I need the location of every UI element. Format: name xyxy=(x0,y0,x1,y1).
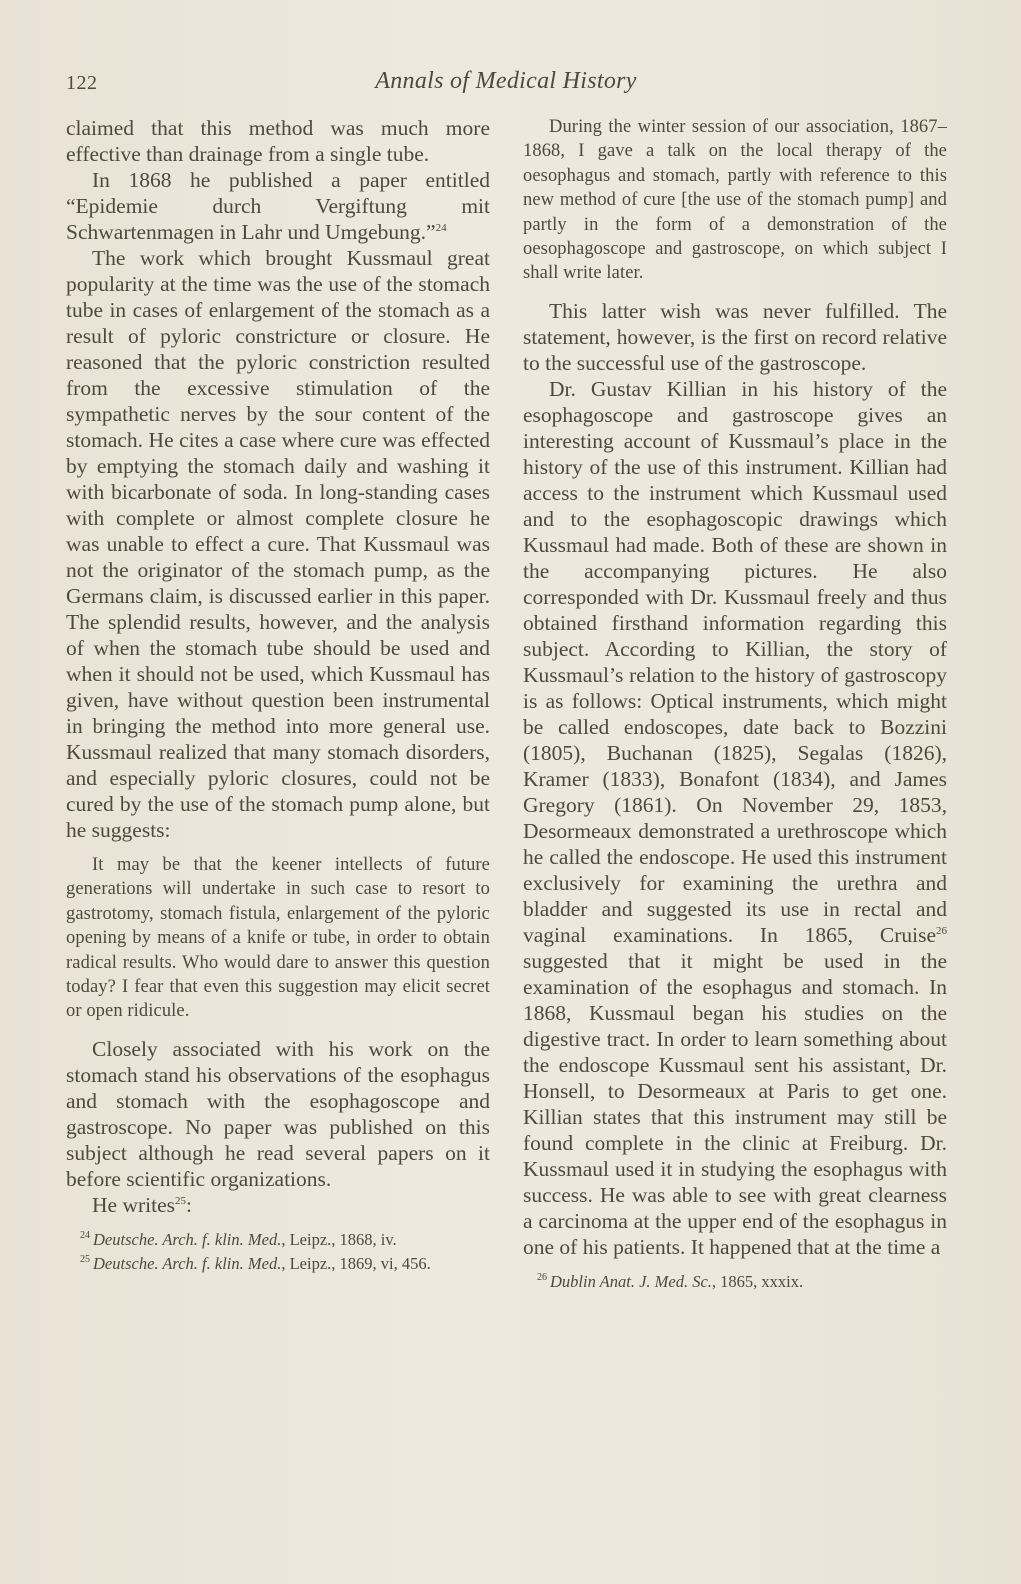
paragraph-text: Dr. Gustav Killian in his history of the… xyxy=(523,377,947,947)
footnote-ref-24[interactable]: 24 xyxy=(436,222,447,234)
paragraph-stomach-tube: The work which brought Kussmaul great po… xyxy=(66,245,490,843)
footnote-24: 24Deutsche. Arch. f. klin. Med., Leipz.,… xyxy=(66,1228,490,1252)
journal-title: Annals of Medical History xyxy=(66,68,946,95)
paragraph-wish-unfulfilled: This latter wish was never fulfilled. Th… xyxy=(523,298,947,376)
footnote-journal: Deutsche. Arch. f. klin. Med. xyxy=(93,1230,281,1249)
paragraph-text: suggested that it might be used in the e… xyxy=(523,949,947,1259)
left-column: claimed that this method was much more e… xyxy=(66,115,490,1276)
right-column: During the winter session of our associa… xyxy=(523,115,947,1294)
paragraph-continuation: claimed that this method was much more e… xyxy=(66,115,490,167)
paragraph-text: In 1868 he published a paper entitled “E… xyxy=(66,168,490,244)
footnote-details: , Leipz., 1868, iv. xyxy=(281,1230,396,1249)
journal-page: 122 Annals of Medical History claimed th… xyxy=(0,0,1021,1584)
footnote-details: , 1865, xxxix. xyxy=(712,1272,803,1291)
footnote-number: 24 xyxy=(80,1230,90,1241)
block-quote-kussmaul: It may be that the keener intellects of … xyxy=(66,853,490,1024)
footnote-journal: Dublin Anat. J. Med. Sc. xyxy=(550,1272,712,1291)
footnote-number: 26 xyxy=(537,1272,547,1283)
footnotes-right: 26Dublin Anat. J. Med. Sc., 1865, xxxix. xyxy=(523,1270,947,1294)
footnote-25: 25Deutsche. Arch. f. klin. Med., Leipz.,… xyxy=(66,1252,490,1276)
block-quote-winter-session: During the winter session of our associa… xyxy=(523,115,947,286)
colon: : xyxy=(186,1193,192,1217)
footnote-journal: Deutsche. Arch. f. klin. Med. xyxy=(93,1254,281,1273)
paragraph-esophagoscope: Closely associated with his work on the … xyxy=(66,1036,490,1192)
paragraph-he-writes: He writes25: xyxy=(66,1192,490,1218)
running-head: 122 Annals of Medical History xyxy=(66,68,946,98)
footnote-ref-26[interactable]: 26 xyxy=(936,925,947,937)
footnote-26: 26Dublin Anat. J. Med. Sc., 1865, xxxix. xyxy=(523,1270,947,1294)
footnote-details: , Leipz., 1869, vi, 456. xyxy=(281,1254,430,1273)
footnote-number: 25 xyxy=(80,1254,90,1265)
footnote-ref-25[interactable]: 25 xyxy=(175,1195,186,1207)
paragraph-killian-history: Dr. Gustav Killian in his history of the… xyxy=(523,376,947,1260)
paragraph-publication: In 1868 he published a paper entitled “E… xyxy=(66,167,490,245)
footnotes-left: 24Deutsche. Arch. f. klin. Med., Leipz.,… xyxy=(66,1228,490,1276)
paragraph-text: He writes xyxy=(92,1193,175,1217)
